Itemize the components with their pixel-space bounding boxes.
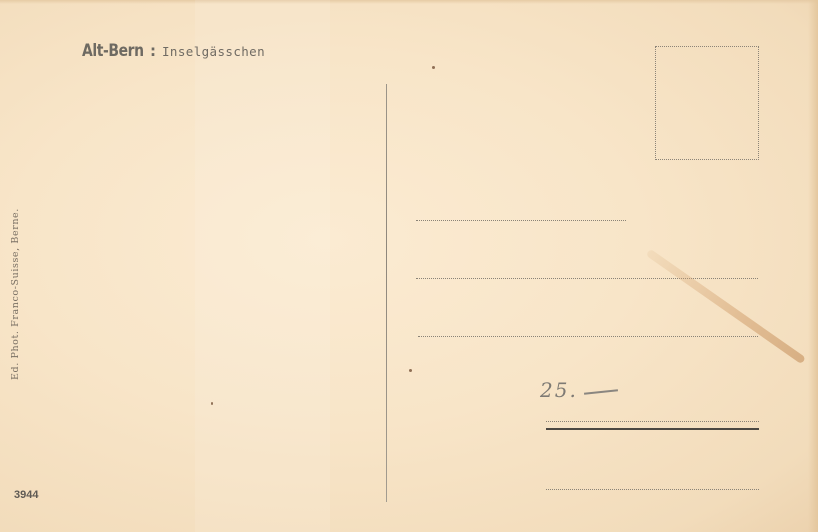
card-number: 3944 <box>14 489 38 501</box>
caption-subject: Inselgässchen <box>162 44 265 59</box>
caption-separator: : <box>150 42 156 60</box>
paper-edge-right <box>808 0 818 532</box>
address-line-3 <box>418 336 758 337</box>
center-divider-line <box>386 84 387 502</box>
address-underline-solid <box>546 428 759 430</box>
address-line-4 <box>546 421 759 422</box>
caption-place: Alt-Bern <box>82 41 136 61</box>
handwritten-price: 25. <box>540 378 618 402</box>
handwritten-dash <box>584 389 618 395</box>
paper-speck <box>432 66 435 69</box>
postcard-back: Alt-Bern:Inselgässchen Ed. Phot. Franco-… <box>0 0 818 532</box>
paper-speck <box>211 402 213 405</box>
address-line-2 <box>416 278 758 279</box>
publisher-imprint: Ed. Phot. Franco-Suisse, Berne. <box>10 208 21 380</box>
handwritten-price-text: 25. <box>540 378 578 402</box>
address-line-5 <box>546 489 759 490</box>
stamp-box <box>655 46 759 160</box>
address-line-1 <box>416 220 626 221</box>
paper-edge-top <box>0 0 818 4</box>
paper-texture-band <box>195 0 330 532</box>
caption-title: Alt-Bern:Inselgässchen <box>82 41 265 61</box>
diagonal-stain <box>646 249 806 365</box>
paper-speck <box>409 369 412 372</box>
